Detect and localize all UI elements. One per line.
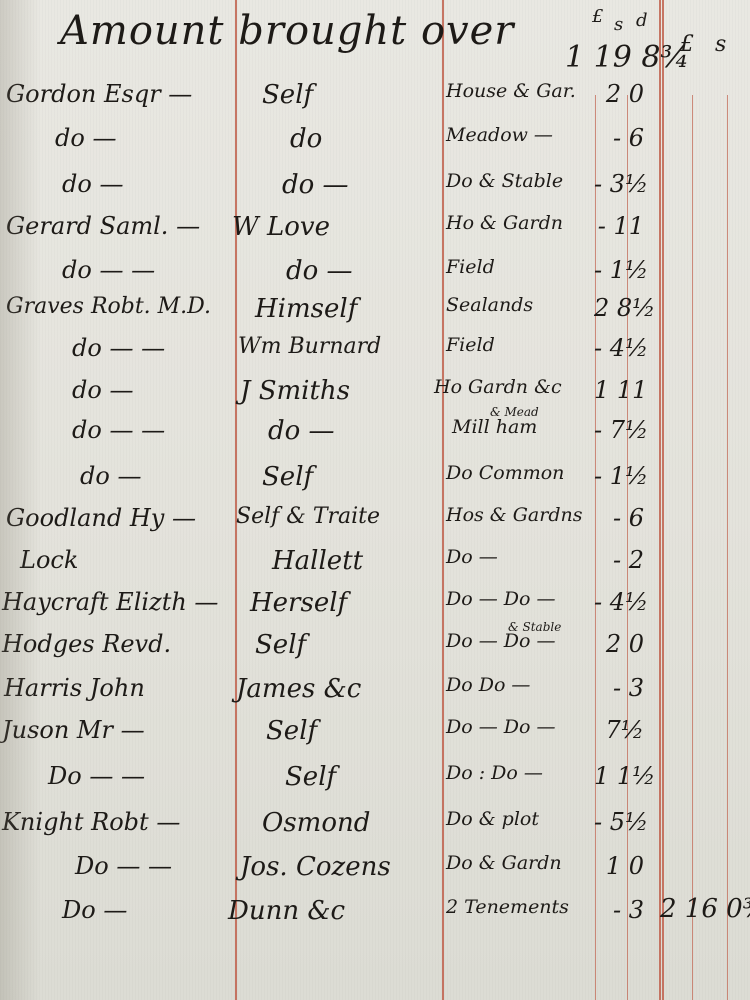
ledger-row: Do — — Jos. Cozens Do & Gardn 1 0 (0, 852, 750, 890)
amount: 7½ (594, 716, 644, 744)
amount: - 1½ (594, 256, 644, 284)
carried-total: 2 16 0¾ (660, 894, 750, 924)
occupier: W Love (232, 212, 330, 242)
owner-name: do — — (62, 256, 155, 284)
occupier: Self (262, 462, 313, 492)
owner-name: Juson Mr — (2, 716, 145, 744)
ledger-row: do — — Wm Burnard Field - 4½ (0, 334, 750, 372)
occupier: Self (262, 80, 313, 110)
property: Sealands (446, 294, 533, 316)
amount: - 2 (594, 546, 644, 574)
ledger-row: Harris John James &c Do Do — - 3 (0, 674, 750, 712)
property: Do & Gardn (446, 852, 562, 874)
ledger-page: Amount brought over £ s d 1 19 8¾ £ s Go… (0, 0, 750, 1000)
owner-name: Do — — (48, 762, 145, 790)
amount: - 4½ (594, 588, 644, 616)
property: Ho & Gardn (446, 212, 563, 234)
ledger-row: Graves Robt. M.D. Himself Sealands 2 8½ (0, 294, 750, 332)
owner-name: do — — (72, 416, 165, 444)
owner-name: Goodland Hy — (6, 504, 196, 532)
occupier: Osmond (262, 808, 370, 838)
owner-name: do — (80, 462, 141, 490)
owner-name: Do — — (75, 852, 172, 880)
ledger-row: Juson Mr — Self Do — Do — 7½ (0, 716, 750, 754)
owner-name: Graves Robt. M.D. (6, 294, 211, 319)
property: Do & plot (446, 808, 539, 830)
owner-name: Harris John (4, 674, 145, 702)
property: Hos & Gardns (446, 504, 583, 526)
property: Do Do — (446, 674, 530, 696)
owner-name: Hodges Revd. (2, 630, 171, 658)
property: 2 Tenements (446, 896, 569, 918)
ledger-row: Gerard Saml. — W Love Ho & Gardn - 11 (0, 212, 750, 250)
property: Meadow — (446, 124, 553, 146)
occupier: Hallett (272, 546, 363, 576)
occupier: Himself (255, 294, 357, 324)
owner-name: do — — (72, 334, 165, 362)
pence-label: d (636, 10, 648, 31)
amount: 2 0 (594, 80, 644, 108)
amount: 2 8½ (594, 294, 644, 322)
occupier: do — (268, 416, 335, 446)
pound-label-2: £ (680, 32, 694, 57)
property: Do : Do — (446, 762, 543, 784)
amount: - 3½ (594, 170, 644, 198)
owner-name: Gerard Saml. — (6, 212, 200, 240)
amount: 1 1½ (594, 762, 644, 790)
ledger-row: Hodges Revd. Self Do — Do — 2 0 (0, 630, 750, 668)
ledger-row: do — do — Do & Stable - 3½ (0, 170, 750, 208)
occupier: Jos. Cozens (240, 852, 391, 882)
amount: - 6 (594, 504, 644, 532)
owner-name: Haycraft Elizth — (2, 588, 218, 616)
ledger-row: Lock Hallett Do — - 2 (0, 546, 750, 584)
amount: - 4½ (594, 334, 644, 362)
shilling-label: s (614, 14, 623, 35)
occupier: Self (266, 716, 317, 746)
occupier: do (290, 124, 322, 154)
owner-name: Knight Robt — (2, 808, 180, 836)
ledger-row: Do — Dunn &c 2 Tenements - 3 (0, 896, 750, 934)
occupier: Herself (250, 588, 347, 618)
ledger-row: do — do Meadow — - 6 (0, 124, 750, 162)
property: Do Common (446, 462, 564, 484)
amount: 1 11 (594, 376, 644, 404)
property: Field (446, 334, 495, 356)
amount-brought-over-heading: Amount brought over (60, 8, 514, 54)
property: Do — Do — (446, 630, 555, 652)
occupier: Self (255, 630, 306, 660)
ledger-row: do — Self Do Common - 1½ (0, 462, 750, 500)
pound-label: £ (592, 6, 603, 27)
amount: - 11 (594, 212, 644, 240)
property: Field (446, 256, 495, 278)
ledger-row: Goodland Hy — Self & Traite Hos & Gardns… (0, 504, 750, 542)
occupier: do — (282, 170, 349, 200)
ledger-row: do — J Smiths Ho Gardn &c 1 11 (0, 376, 750, 414)
ledger-row: do — — do — Field - 1½ (0, 256, 750, 294)
occupier: Self & Traite (236, 504, 380, 529)
property: Mill ham (452, 416, 537, 438)
owner-name: Lock (20, 546, 78, 574)
property: Do & Stable (446, 170, 563, 192)
occupier: Dunn &c (228, 896, 345, 926)
owner-name: Do — (62, 896, 127, 924)
owner-name: Gordon Esqr — (6, 80, 192, 108)
amount: - 7½ (594, 416, 644, 444)
brought-over-amount: 1 19 8¾ (565, 40, 690, 75)
ledger-row: Knight Robt — Osmond Do & plot - 5½ (0, 808, 750, 846)
ledger-row: Do — — Self Do : Do — 1 1½ (0, 762, 750, 800)
ledger-row: Haycraft Elizth — Herself Do — Do — - 4½ (0, 588, 750, 626)
property: Ho Gardn &c (434, 376, 562, 398)
occupier: Wm Burnard (238, 334, 381, 359)
owner-name: do — (72, 376, 133, 404)
property: Do — (446, 546, 498, 568)
amount: - 5½ (594, 808, 644, 836)
amount: - 1½ (594, 462, 644, 490)
occupier: J Smiths (240, 376, 350, 406)
property: Do — Do — (446, 588, 555, 610)
amount: 2 0 (594, 630, 644, 658)
ledger-row: Gordon Esqr — Self House & Gar. 2 0 (0, 80, 750, 118)
property: House & Gar. (446, 80, 576, 102)
occupier: James &c (236, 674, 361, 704)
amount: 1 0 (594, 852, 644, 880)
ledger-row: do — — do — Mill ham - 7½ (0, 416, 750, 454)
property: Do — Do — (446, 716, 555, 738)
amount: - 6 (594, 124, 644, 152)
occupier: do — (286, 256, 353, 286)
owner-name: do — (62, 170, 123, 198)
amount: - 3 (594, 896, 644, 924)
occupier: Self (285, 762, 336, 792)
amount: - 3 (594, 674, 644, 702)
shilling-label-2: s (715, 32, 726, 57)
owner-name: do — (55, 124, 116, 152)
